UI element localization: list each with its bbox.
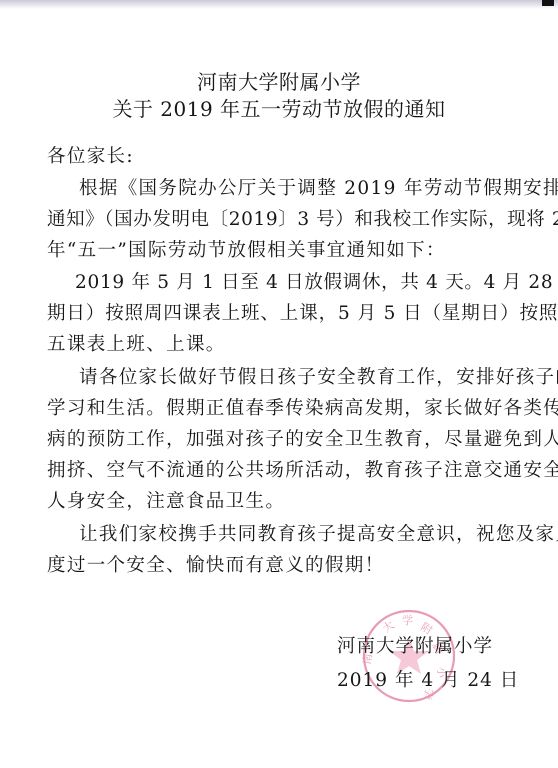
title-school: 河南大学附属小学 bbox=[0, 69, 558, 95]
signature-org: 河南大学附属小学 bbox=[337, 632, 493, 658]
paragraph-1-line-3: 年“五一”国际劳动节放假相关事宜通知如下： bbox=[47, 239, 446, 263]
scan-corner-mark bbox=[542, 0, 554, 6]
paragraph-2-line-3: 五课表上班、上课。 bbox=[47, 333, 226, 357]
paragraph-4-line-1: 让我们家校携手共同教育孩子提高安全意识，祝您及家人 bbox=[79, 523, 558, 547]
signature-date: 2019 年 4 月 24 日 bbox=[337, 666, 519, 692]
paragraph-3-line-5: 人身安全，注意食品卫生。 bbox=[47, 490, 285, 514]
paragraph-2-line-1: 2019 年 5 月 1 日至 4 日放假调休，共 4 天。4 月 28 日（星 bbox=[75, 271, 558, 295]
svg-text:学: 学 bbox=[402, 614, 413, 627]
salutation: 各位家长: bbox=[47, 145, 134, 169]
paragraph-3-line-4: 拥挤、空气不流通的公共场所活动，教育孩子注意交通安全和 bbox=[47, 459, 558, 483]
paragraph-1-line-1: 根据《国务院办公厅关于调整 2019 年劳动节假期安排的 bbox=[79, 177, 558, 201]
paragraph-2-line-2: 期日）按照周四课表上班、上课，5 月 5 日（星期日）按照周 bbox=[47, 302, 558, 326]
paragraph-4-line-2: 度过一个安全、愉快而有意义的假期！ bbox=[47, 554, 384, 578]
paragraph-3-line-3: 病的预防工作，加强对孩子的安全卫生教育，尽量避免到人群 bbox=[47, 428, 558, 452]
title-notice: 关于 2019 年五一劳动节放假的通知 bbox=[0, 96, 558, 122]
scan-top-edge bbox=[0, 0, 558, 9]
paragraph-1-line-2: 通知》（国办发明电〔2019〕3 号）和我校工作实际，现将 2019 bbox=[47, 208, 558, 232]
paragraph-3-line-2: 学习和生活。假期正值春季传染病高发期，家长做好各类传染 bbox=[47, 397, 558, 421]
paragraph-3-line-1: 请各位家长做好节假日孩子安全教育工作，安排好孩子的 bbox=[79, 366, 558, 390]
